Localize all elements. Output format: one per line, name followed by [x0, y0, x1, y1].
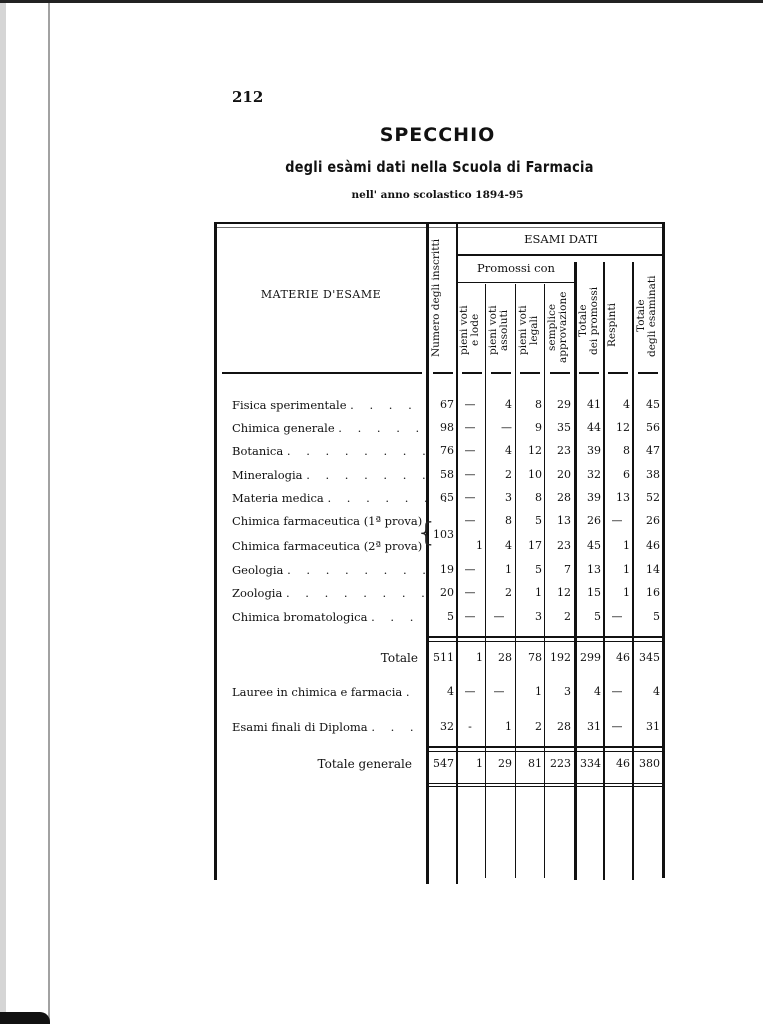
col-rule	[638, 372, 658, 374]
col-rule	[462, 372, 482, 374]
cell: 4	[486, 539, 512, 552]
cell: 28	[545, 720, 571, 733]
cell: 12	[545, 586, 571, 599]
cell: 67	[428, 398, 454, 411]
cell: 41	[575, 398, 601, 411]
totale-label: Totale	[381, 651, 418, 665]
cell: 98	[428, 421, 454, 434]
cell: 12	[604, 421, 630, 434]
cell: 35	[545, 421, 571, 434]
cell: 39	[575, 491, 601, 504]
cell: 8	[486, 514, 512, 527]
cell: 5	[575, 610, 601, 623]
column-divider	[485, 284, 486, 878]
cell: 39	[575, 444, 601, 457]
cell: 345	[634, 651, 660, 664]
cell: 8	[604, 444, 630, 457]
cell: 46	[604, 651, 630, 664]
cell: 3	[516, 610, 542, 623]
cell: 380	[634, 757, 660, 770]
cell: 1	[516, 586, 542, 599]
cell: 38	[634, 468, 660, 481]
cell: 19	[428, 563, 454, 576]
row-label: Geologia . . . . . . . .	[232, 563, 432, 577]
subtotal-rule-2	[428, 641, 664, 642]
col-header-inscritti: Numero degli inscritti	[431, 232, 453, 364]
table-row: Chimica bromatologica . . . 5 — — 3 2 5 …	[214, 610, 664, 628]
col-rule	[520, 372, 540, 374]
esami-dati-rule	[458, 254, 664, 256]
cell: 81	[516, 757, 542, 770]
cell: 23	[545, 444, 571, 457]
cell: —	[457, 563, 483, 576]
table-top-border-inner	[214, 227, 665, 228]
col-rule	[491, 372, 511, 374]
cell: 2	[486, 586, 512, 599]
cell: 511	[428, 651, 454, 664]
cell: 28	[545, 491, 571, 504]
totale-generale-row: Totale generale 547 1 29 81 223 334 46 3…	[214, 757, 664, 775]
cell: 4	[486, 398, 512, 411]
document-period: nell' anno scolastico 1894-95	[56, 189, 763, 201]
cell: 5	[516, 563, 542, 576]
totale-row: Totale 511 1 28 78 192 299 46 345	[214, 651, 664, 669]
cell: 8	[516, 398, 542, 411]
closing-double-rule-2	[428, 786, 664, 787]
cell: 2	[545, 610, 571, 623]
col-rule	[433, 372, 453, 374]
col-rule	[550, 372, 570, 374]
cell: 76	[428, 444, 454, 457]
cell: 1	[457, 757, 483, 770]
cell: 16	[634, 586, 660, 599]
cell: —	[604, 514, 630, 527]
row-label: Chimica generale . . . . .	[232, 421, 425, 435]
cell: 10	[516, 468, 542, 481]
cell: 1	[457, 539, 483, 552]
cell: 32	[575, 468, 601, 481]
table-row: Fisica sperimentale . . . . 67 — 4 8 29 …	[214, 398, 664, 416]
cell: 31	[575, 720, 601, 733]
cell: 56	[634, 421, 660, 434]
row-label: Esami finali di Diploma . . .	[232, 720, 420, 734]
cell: 13	[604, 491, 630, 504]
cell: 334	[575, 757, 601, 770]
page-number: 212	[232, 88, 263, 106]
cell: —	[486, 685, 512, 698]
cell: 4	[428, 685, 454, 698]
grand-total-rule-2	[428, 751, 664, 752]
cell: —	[486, 610, 512, 623]
grand-total-rule	[428, 746, 664, 748]
cell: 2	[516, 720, 542, 733]
table-row: Mineralogia . . . . . . . 58 — 2 10 20 3…	[214, 468, 664, 486]
cell: 1	[516, 685, 542, 698]
cell: 26	[634, 514, 660, 527]
cell: —	[457, 685, 483, 698]
cell: 17	[516, 539, 542, 552]
table-row: Geologia . . . . . . . . 19 — 1 5 7 13 1…	[214, 563, 664, 581]
column-divider	[544, 284, 545, 878]
cell: 14	[634, 563, 660, 576]
cell: 46	[634, 539, 660, 552]
row-label: Chimica farmaceutica (1ª prova)	[232, 514, 422, 528]
document-subtitle: degli esàmi dati nella Scuola di Farmaci…	[111, 158, 763, 176]
cell: 3	[545, 685, 571, 698]
row-label: Zoologia . . . . . . . .	[232, 586, 431, 600]
cell: 52	[634, 491, 660, 504]
table-row: Botanica . . . . . . . . 76 — 4 12 23 39…	[214, 444, 664, 462]
cell: —	[457, 444, 483, 457]
cell: 13	[545, 514, 571, 527]
table-row: Zoologia . . . . . . . . 20 — 2 1 12 15 …	[214, 586, 664, 604]
cell: 13	[575, 563, 601, 576]
col-header-assoluti: pieni voti assoluti	[488, 296, 512, 364]
cell: 4	[634, 685, 660, 698]
cell: 192	[545, 651, 571, 664]
row-label: Lauree in chimica e farmacia .	[232, 685, 410, 699]
col-rule	[579, 372, 599, 374]
scan-left-margin	[0, 0, 6, 1024]
cell: 5	[634, 610, 660, 623]
cell: 32	[428, 720, 454, 733]
totale-generale-label: Totale generale	[318, 757, 412, 771]
cell: —	[457, 586, 483, 599]
subtotal-rule	[428, 636, 664, 638]
cell: —	[604, 610, 630, 623]
row-label: Chimica bromatologica . . .	[232, 610, 419, 624]
cell: 9	[516, 421, 542, 434]
cell: —	[457, 421, 483, 434]
row-label: Chimica farmaceutica (2ª prova)	[232, 539, 422, 553]
cell: 1	[604, 563, 630, 576]
col-header-lode: pieni voti e lode	[459, 296, 483, 364]
document-title: SPECCHIO	[56, 124, 763, 146]
cell: —	[486, 421, 512, 434]
cell: 26	[575, 514, 601, 527]
cell: 45	[575, 539, 601, 552]
cell: —	[457, 610, 483, 623]
row-label: Materia medica . . . . . . .	[232, 491, 453, 505]
cell: 58	[428, 468, 454, 481]
col-rule	[608, 372, 628, 374]
cell: 44	[575, 421, 601, 434]
cell: 47	[634, 444, 660, 457]
cell: —	[457, 514, 483, 527]
cell: 45	[634, 398, 660, 411]
header-bottom-rule	[222, 372, 422, 374]
cell: 23	[545, 539, 571, 552]
col-header-respinti: Respinti	[607, 286, 631, 364]
cell: 29	[486, 757, 512, 770]
cell: 20	[545, 468, 571, 481]
col-header-totale-promossi: Totale dei promossi	[578, 278, 602, 364]
cell: —	[457, 468, 483, 481]
cell: 3	[486, 491, 512, 504]
table-row: Chimica farmaceutica (2ª prova) 1 4 17 2…	[214, 539, 664, 557]
materie-header: MATERIE D'ESAME	[214, 288, 428, 301]
cell: 15	[575, 586, 601, 599]
column-divider	[515, 284, 516, 878]
cell: 7	[545, 563, 571, 576]
table-top-border	[214, 222, 665, 224]
cell: 8	[516, 491, 542, 504]
cell: 4	[575, 685, 601, 698]
cell: —	[457, 491, 483, 504]
page-gutter-edge	[48, 0, 50, 1024]
cell: 78	[516, 651, 542, 664]
cell: 547	[428, 757, 454, 770]
cell: 12	[516, 444, 542, 457]
cell: 6	[604, 468, 630, 481]
cell: —	[604, 685, 630, 698]
row-label: Botanica . . . . . . . .	[232, 444, 432, 458]
scan-top-edge	[0, 0, 763, 3]
cell: —	[604, 720, 630, 733]
cell: 4	[486, 444, 512, 457]
cell: 1	[486, 720, 512, 733]
promossi-con-header: Promossi con	[458, 261, 574, 275]
cell: -	[457, 720, 483, 733]
diploma-row: Esami finali di Diploma . . . 32 - 1 2 2…	[214, 720, 664, 738]
cell: 31	[634, 720, 660, 733]
cell: 29	[545, 398, 571, 411]
cell: 65	[428, 491, 454, 504]
row-label: Fisica sperimentale . . . .	[232, 398, 418, 412]
cell: 1	[457, 651, 483, 664]
col-header-totale-esaminati: Totale degli esaminati	[636, 268, 660, 364]
row-label: Mineralogia . . . . . . .	[232, 468, 432, 482]
table-row: Materia medica . . . . . . . 65 — 3 8 28…	[214, 491, 664, 509]
cell: 4	[604, 398, 630, 411]
lauree-row: Lauree in chimica e farmacia . 4 — — 1 3…	[214, 685, 664, 703]
cell: 1	[604, 586, 630, 599]
cell: 20	[428, 586, 454, 599]
cell: 28	[486, 651, 512, 664]
esami-dati-header: ESAMI DATI	[458, 232, 664, 246]
cell: 2	[486, 468, 512, 481]
cell: 223	[545, 757, 571, 770]
closing-double-rule	[428, 783, 664, 784]
table-row: Chimica farmaceutica (1ª prova) — 8 5 13…	[214, 514, 664, 532]
col-header-semplice: semplice approvazione	[547, 288, 571, 366]
cell: 299	[575, 651, 601, 664]
cell: 1	[604, 539, 630, 552]
cell: —	[457, 398, 483, 411]
exam-statistics-table: MATERIE D'ESAME ESAMI DATI Promossi con …	[214, 222, 666, 880]
cell: 5	[516, 514, 542, 527]
cell: 5	[428, 610, 454, 623]
cell: 1	[486, 563, 512, 576]
scan-corner-shadow	[0, 1012, 50, 1024]
col-header-legali: pieni voti legali	[518, 296, 542, 364]
cell: 46	[604, 757, 630, 770]
promossi-rule	[458, 282, 574, 283]
table-row: Chimica generale . . . . . 98 — — 9 35 4…	[214, 421, 664, 439]
